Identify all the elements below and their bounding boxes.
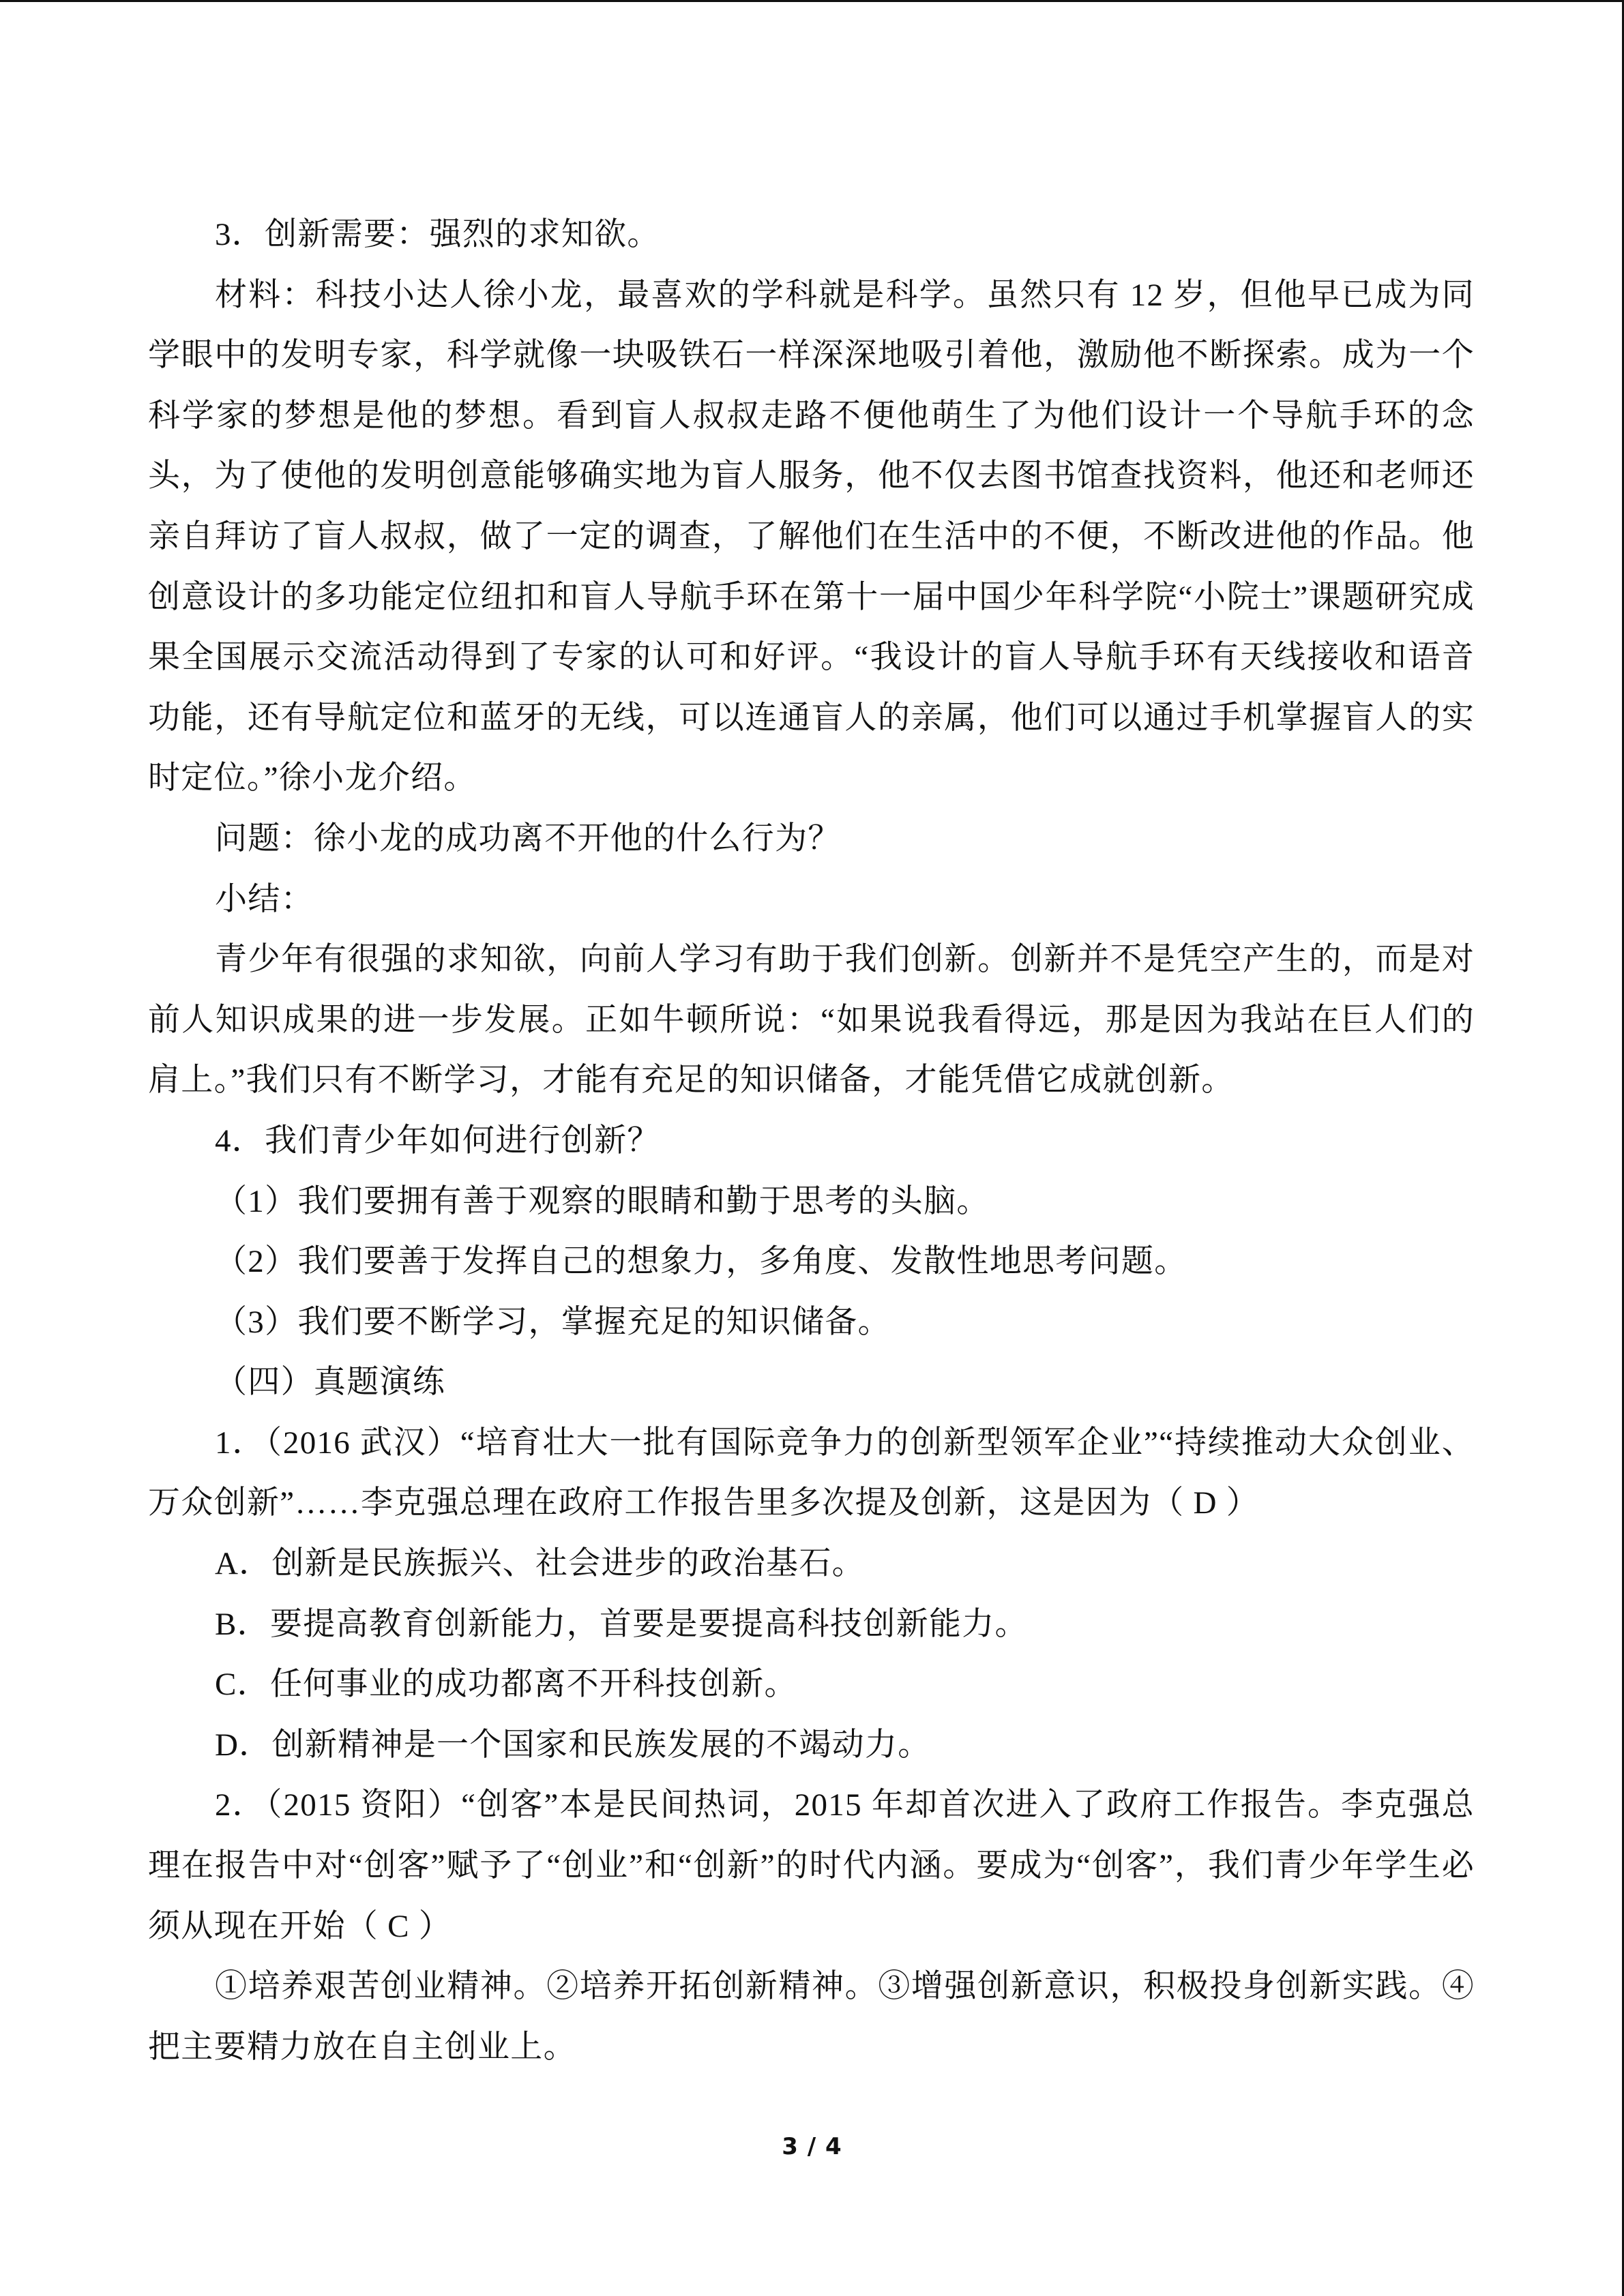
question-1-option-c: C．任何事业的成功都离不开科技创新。 <box>148 1654 1475 1715</box>
section-heading-creativity-needs: 3．创新需要：强烈的求知欲。 <box>148 205 1475 265</box>
question-paragraph: 问题：徐小龙的成功离不开他的什么行为？ <box>148 809 1475 869</box>
list-item-3: （3）我们要不断学习，掌握充足的知识储备。 <box>148 1292 1475 1353</box>
question-1-option-b: B．要提高教育创新能力，首要是要提高科技创新能力。 <box>148 1594 1475 1655</box>
question-1-stem: 1．（2016 武汉）“培育壮大一批有国际竞争力的创新型领军企业”“持续推动大众… <box>148 1413 1475 1534</box>
question-2-statements: ①培养艰苦创业精神。②培养开拓创新精神。③增强创新意识，积极投身创新实践。④把主… <box>148 1956 1475 2077</box>
section-heading-exam-practice: （四）真题演练 <box>148 1352 1475 1413</box>
document-body: 3．创新需要：强烈的求知欲。 材料：科技小达人徐小龙，最喜欢的学科就是科学。虽然… <box>148 205 1475 2077</box>
question-2-stem: 2．（2015 资阳）“创客”本是民间热词，2015 年却首次进入了政府工作报告… <box>148 1775 1475 1956</box>
question-1-option-d: D．创新精神是一个国家和民族发展的不竭动力。 <box>148 1715 1475 1776</box>
summary-label: 小结： <box>148 869 1475 930</box>
page-number: 3 / 4 <box>0 2133 1624 2160</box>
summary-paragraph: 青少年有很强的求知欲，向前人学习有助于我们创新。创新并不是凭空产生的，而是对前人… <box>148 929 1475 1111</box>
material-paragraph: 材料：科技小达人徐小龙，最喜欢的学科就是科学。虽然只有 12 岁，但他早已成为同… <box>148 265 1475 809</box>
list-item-1: （1）我们要拥有善于观察的眼睛和勤于思考的头脑。 <box>148 1172 1475 1232</box>
question-1-option-a: A．创新是民族振兴、社会进步的政治基石。 <box>148 1534 1475 1594</box>
section-heading-how-to-innovate: 4．我们青少年如何进行创新？ <box>148 1111 1475 1172</box>
page-border-top <box>0 0 1624 2</box>
list-item-2: （2）我们要善于发挥自己的想象力，多角度、发散性地思考问题。 <box>148 1232 1475 1292</box>
